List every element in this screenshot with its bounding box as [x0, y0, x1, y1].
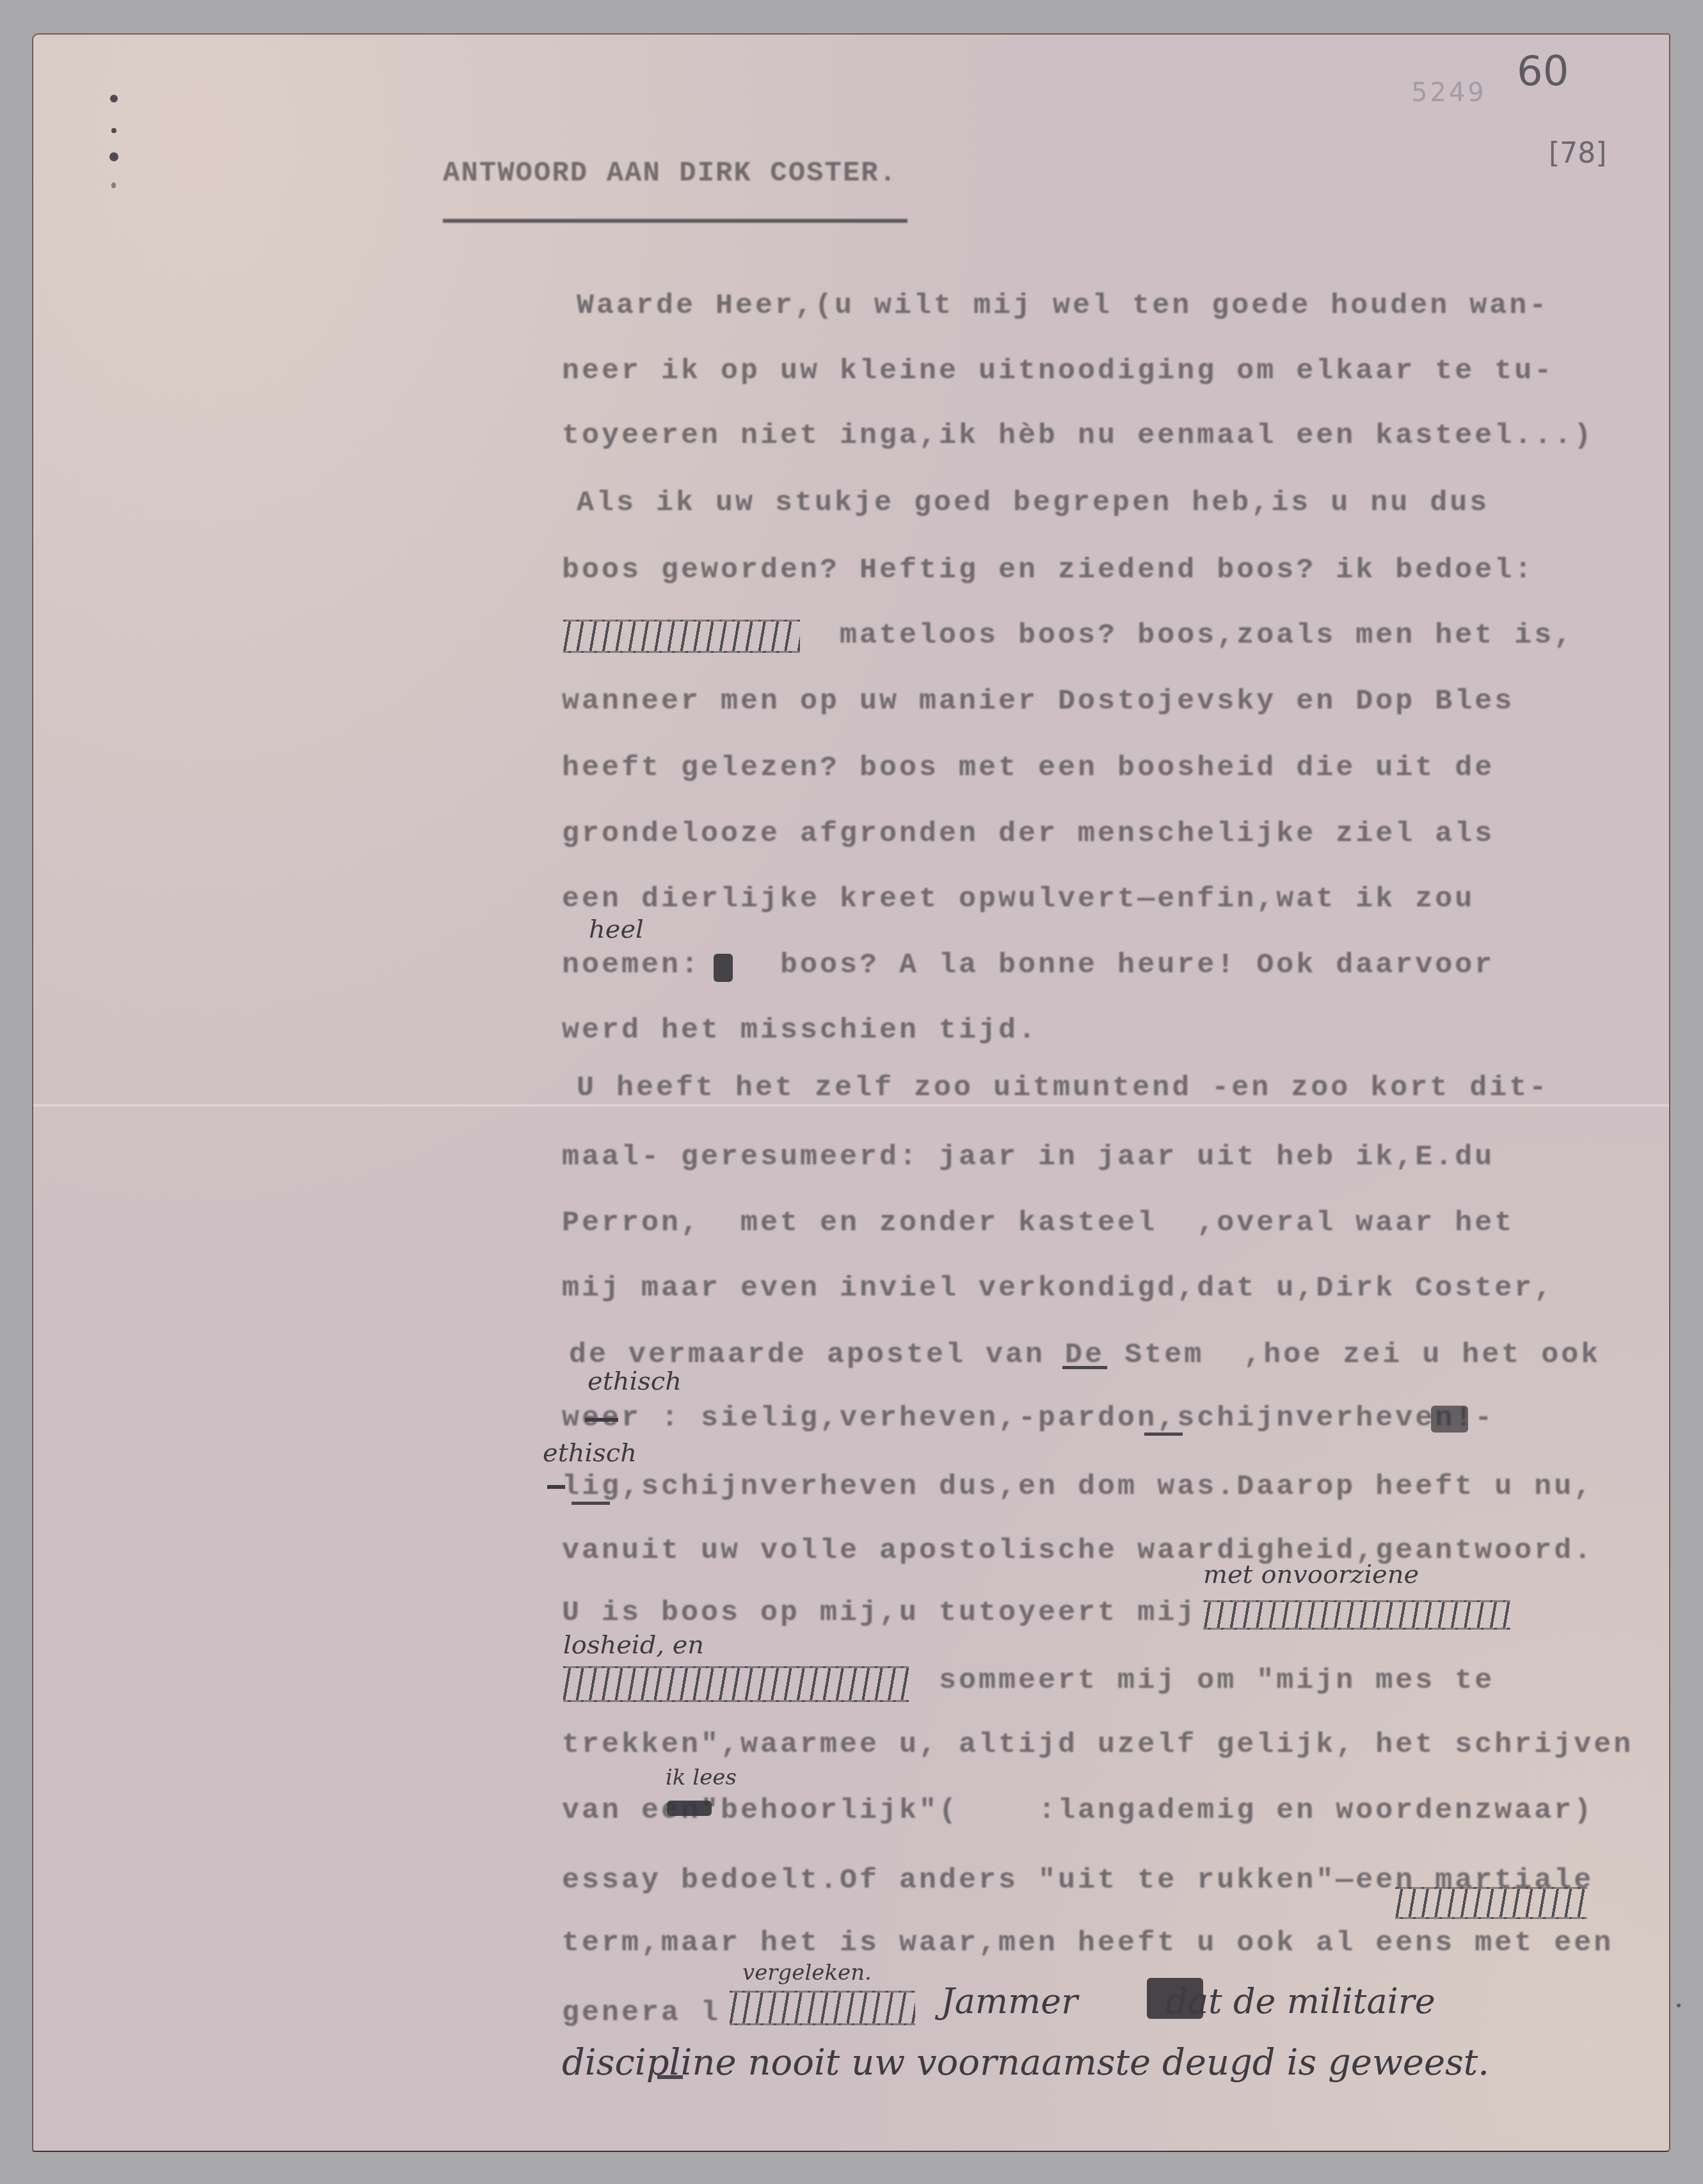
typed-line: lig,schijnverheven dus,en dom was.Daarop…	[562, 1472, 1594, 1501]
typed-line: neer ik op uw kleine uitnoodiging om elk…	[562, 357, 1554, 385]
typed-line: een dierlijke kreet opwulvert—enfin,wat …	[562, 885, 1475, 913]
typed-line: Waarde Heer,(u wilt mij wel ten goede ho…	[557, 291, 1549, 320]
document-title: ANTWOORD AAN DIRK COSTER.	[443, 157, 897, 189]
underline-de-stem	[1062, 1366, 1107, 1369]
handwritten-met-onvoorziene: met onvoorziene	[1203, 1562, 1419, 1587]
strike-lig	[547, 1485, 565, 1489]
page-number-stamp: 5249	[1411, 80, 1487, 106]
page-number-bracketed: [78]	[1549, 140, 1606, 168]
handwritten-ik-lees: ik lees	[666, 1767, 737, 1788]
paper-fold-line	[33, 1104, 1669, 1107]
typed-line: de vermaarde apostel van De Stem ,hoe ze…	[549, 1340, 1601, 1369]
typed-line: maal- geresumeerd: jaar in jaar uit heb …	[562, 1143, 1494, 1171]
underline-schijn	[572, 1502, 610, 1505]
handwritten-final-line: discipline nooit uw voornaamste deugd is…	[562, 2045, 1489, 2081]
handwritten-jammer-line: Jammer dat de militaire	[941, 1984, 1435, 2019]
ink-blot	[667, 1801, 712, 1816]
typed-line: U heeft het zelf zoo uitmuntend -en zoo …	[557, 1073, 1549, 1102]
typed-line: van een"behoorlijk"( :langademig en woor…	[562, 1796, 1594, 1825]
scan-dust-speck	[1677, 2003, 1681, 2007]
typed-line: noemen: boos? A la bonne heure! Ook daar…	[562, 951, 1494, 979]
punch-hole	[109, 152, 118, 161]
page-number-pencil: 60	[1517, 51, 1569, 92]
punch-hole	[111, 128, 116, 133]
underline-schijn	[1144, 1433, 1183, 1436]
typed-line: term,maar het is waar,men heeft u ook al…	[562, 1929, 1613, 1957]
ink-blot	[714, 954, 733, 982]
handwritten-losheid-en: losheid, en	[563, 1632, 704, 1658]
strike-sielig	[585, 1418, 618, 1422]
typed-line: Perron, met en zonder kasteel ,overal wa…	[562, 1208, 1514, 1237]
typed-line: boos geworden? Heftig en ziedend boos? i…	[562, 556, 1534, 584]
typed-line: vanuit uw volle apostolische waardigheid…	[562, 1536, 1594, 1565]
title-underline	[443, 219, 907, 223]
handwritten-vergeleken: vergeleken.	[742, 1962, 872, 1984]
typed-line: heeft gelezen? boos met een boosheid die…	[562, 753, 1494, 782]
typed-line: wanneer men op uw manier Dostojevsky en …	[562, 687, 1514, 716]
ink-scribble-deletion	[1395, 1887, 1587, 1919]
ink-blot	[1431, 1406, 1468, 1433]
ink-scribble-deletion	[563, 1666, 909, 1702]
typed-line: grondelooze afgronden der menschelijke z…	[562, 819, 1494, 848]
typed-line: genera l	[562, 1998, 721, 2027]
handwritten-ethisch: ethisch	[588, 1369, 682, 1394]
punch-hole	[110, 95, 118, 102]
ink-scribble-deletion	[563, 620, 800, 653]
typed-line: weer : sielig,verheven,-pardon,schijnver…	[562, 1404, 1494, 1433]
ink-scribble-deletion	[1203, 1600, 1510, 1630]
typed-line: toyeeren niet inga,ik hèb nu eenmaal een…	[562, 421, 1594, 450]
typed-line: mij maar even inviel verkondigd,dat u,Di…	[562, 1274, 1554, 1303]
typed-line: U is boos op mij,u tutoyeert mij	[562, 1598, 1197, 1627]
handwritten-heel: heel	[589, 917, 644, 942]
typed-line: werd het misschien tijd.	[562, 1016, 1038, 1045]
ink-scribble-deletion	[730, 1991, 915, 2025]
typed-line: trekken",waarmee u, altijd uzelf gelijk,…	[562, 1730, 1633, 1759]
handwritten-ethisch: ethisch	[543, 1440, 637, 1466]
punch-hole	[111, 182, 116, 188]
typed-line: Als ik uw stukje goed begrepen heb,is u …	[557, 488, 1489, 517]
